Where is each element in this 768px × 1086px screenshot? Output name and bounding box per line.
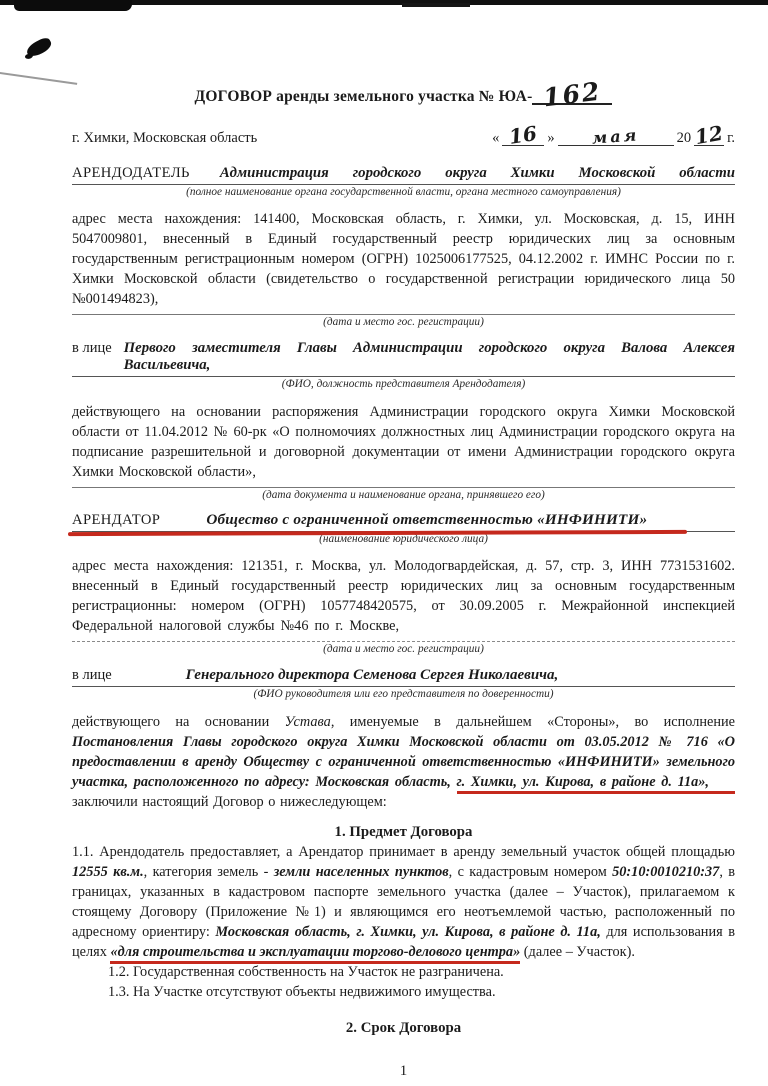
preamble-text-2: , именуемые в дальнейшем «Стороны», во и… — [331, 714, 735, 730]
cadastral-number: 50:10:0010210:37 — [612, 864, 719, 880]
red-underlined-address: г. Химки, ул. Кирова, в районе д. 11а», — [457, 774, 735, 794]
lessor-representative-caption: (ФИО, должность представителя Арендодате… — [72, 378, 735, 390]
dateline-place: г. Химки, Московская область — [72, 130, 257, 147]
lessor-acting-caption: (дата документа и наименование органа, п… — [72, 489, 735, 501]
year-suffix: г. — [727, 130, 735, 147]
lessor-acting-paragraph: действующего на основании распоряжения А… — [72, 402, 735, 482]
month-blank: мая — [558, 130, 674, 146]
lessor-label: АРЕНДОДАТЕЛЬ — [72, 165, 190, 182]
month-handwritten: мая — [592, 131, 640, 142]
clause-1-1-text-3: , с кадастровым номером — [449, 864, 612, 880]
document-content: ДОГОВОР аренды земельного участка № ЮА-1… — [72, 0, 735, 1080]
in-person-label: в лице — [72, 667, 112, 684]
document-title: ДОГОВОР аренды земельного участка № ЮА-1… — [72, 88, 735, 106]
contract-number-blank: 162 — [532, 88, 612, 105]
section-2-heading: 2. Срок Договора — [72, 1020, 735, 1037]
lessor-name-caption: (полное наименование органа государствен… — [72, 186, 735, 198]
lessor-registration-caption: (дата и место гос. регистрации) — [72, 316, 735, 328]
year-blank: 12 — [694, 130, 724, 146]
year-prefix: 20 — [677, 130, 692, 147]
lessee-name: Общество с ограниченной ответственностью… — [206, 511, 647, 529]
fill-line — [72, 487, 735, 488]
day-blank: 16 — [502, 130, 544, 146]
lessee-label: АРЕНДАТОР — [72, 512, 160, 529]
clause-1-3-paragraph: 1.3. На Участке отсутствуют объекты недв… — [72, 982, 735, 1002]
lessee-row: АРЕНДАТОР Общество с ограниченной ответс… — [72, 511, 735, 532]
clause-1-1-text-1: 1.1. Арендодатель предоставляет, а Аренд… — [72, 844, 735, 860]
lessee-registration-caption: (дата и место гос. регистрации) — [72, 643, 735, 655]
red-underlined-purpose: «для строительства и эксплуатации торгов… — [110, 944, 520, 964]
pen-stroke-artifact — [0, 72, 77, 84]
clause-1-1-text-6: (далее – Участок). — [520, 944, 635, 960]
scanned-contract-page: ДОГОВОР аренды земельного участка № ЮА-1… — [0, 0, 768, 1086]
land-category: земли населенных пунктов — [274, 864, 449, 880]
lessee-address-paragraph: адрес места нахождения: 121351, г. Москв… — [72, 556, 735, 636]
clause-1-1-paragraph: 1.1. Арендодатель предоставляет, а Аренд… — [72, 842, 735, 962]
lessor-address-paragraph: адрес места нахождения: 141400, Московск… — [72, 209, 735, 309]
charter-term: Устава — [285, 714, 331, 730]
lessor-name: Администрация городского округа Химки Мо… — [220, 165, 735, 182]
lessee-representative-caption: (ФИО руководителя или его представителя … — [72, 688, 735, 700]
lessor-representative-row: в лице Первого заместителя Главы Админис… — [72, 340, 735, 377]
land-area-value: 12555 кв.м. — [72, 864, 144, 880]
year-handwritten: 12 — [695, 129, 724, 142]
dateline: г. Химки, Московская область « 16 » мая … — [72, 130, 735, 147]
day-handwritten: 16 — [509, 129, 538, 141]
open-quote: « — [492, 130, 499, 147]
clause-1-2-paragraph: 1.2. Государственная собственность на Уч… — [72, 962, 735, 982]
lessee-representative-row: в лице Генерального директора Семенова С… — [72, 667, 735, 687]
ink-blot-artifact — [24, 36, 53, 60]
lessee-representative-name: Генерального директора Семенова Сергея Н… — [186, 667, 559, 684]
preamble-closing: заключили настоящий Договор о нижеследую… — [72, 794, 387, 810]
section-1-heading: 1. Предмет Договора — [72, 824, 735, 841]
plot-address: Московская область, г. Химки, ул. Кирова… — [215, 924, 600, 940]
lessor-representative-name: Первого заместителя Главы Администрации … — [124, 340, 735, 374]
title-text: ДОГОВОР аренды земельного участка № ЮА- — [195, 88, 533, 105]
clause-1-1-text-2: , категория земель - — [144, 864, 274, 880]
preamble-text-1: действующего на основании — [72, 714, 285, 730]
page-number: 1 — [72, 1063, 735, 1080]
close-quote: » — [547, 130, 554, 147]
fill-line — [72, 314, 735, 315]
in-person-label: в лице — [72, 340, 112, 357]
lessor-row: АРЕНДОДАТЕЛЬ Администрация городского ок… — [72, 165, 735, 185]
contract-number-handwritten: 162 — [543, 86, 602, 103]
preamble-paragraph: действующего на основании Устава, именуе… — [72, 712, 735, 812]
dateline-date: « 16 » мая 2012 г. — [492, 130, 735, 147]
fill-line — [72, 641, 735, 642]
